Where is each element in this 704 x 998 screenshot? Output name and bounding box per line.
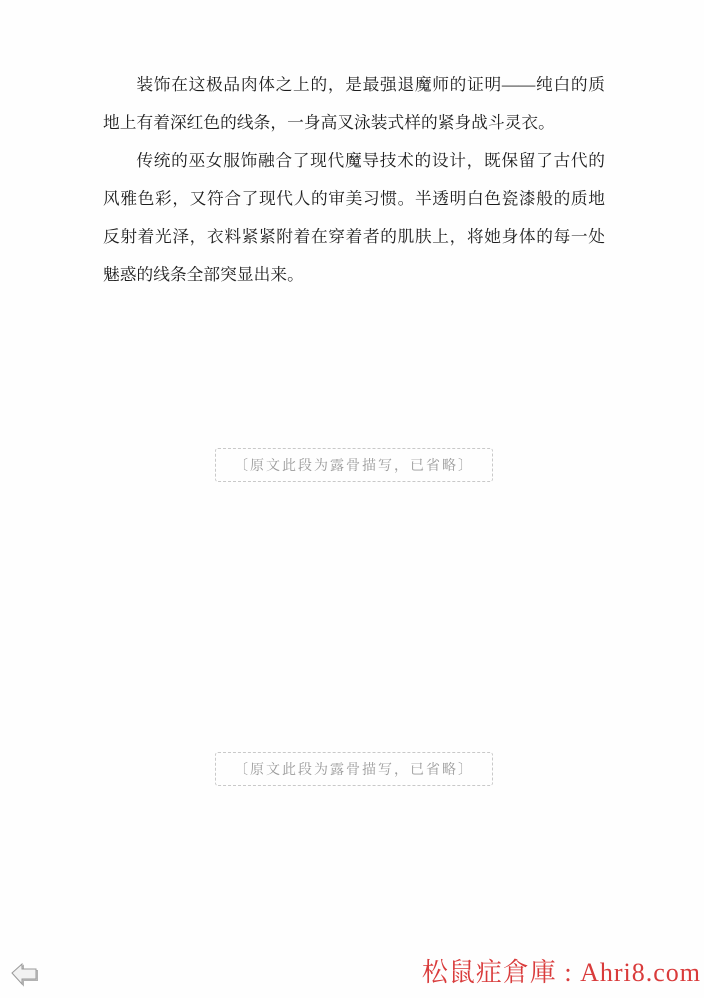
- left-arrow-icon: [9, 960, 39, 989]
- redaction-notice: 〔原文此段为露骨描写，已省略〕: [215, 448, 493, 482]
- paragraph-2: 传统的巫女服饰融合了现代魔导技术的设计，既保留了古代的风雅色彩，又符合了现代人的…: [103, 142, 605, 294]
- text-content: 装饰在这极品肉体之上的，是最强退魔师的证明——纯白的质地上有着深红色的线条，一身…: [103, 66, 605, 902]
- site-watermark: 松鼠症倉庫 : Ahri8.com: [422, 952, 701, 989]
- paragraph-4-redacted: 〔原文此段为露骨描写，已省略〕: [103, 636, 605, 902]
- back-page-button[interactable]: [9, 960, 39, 989]
- paragraph-3-redacted: 〔原文此段为露骨描写，已省略〕: [103, 294, 605, 636]
- redaction-notice: 〔原文此段为露骨描写，已省略〕: [215, 752, 493, 786]
- paragraph-1: 装饰在这极品肉体之上的，是最强退魔师的证明——纯白的质地上有着深红色的线条，一身…: [103, 66, 605, 142]
- document-page: 装饰在这极品肉体之上的，是最强退魔师的证明——纯白的质地上有着深红色的线条，一身…: [0, 0, 704, 998]
